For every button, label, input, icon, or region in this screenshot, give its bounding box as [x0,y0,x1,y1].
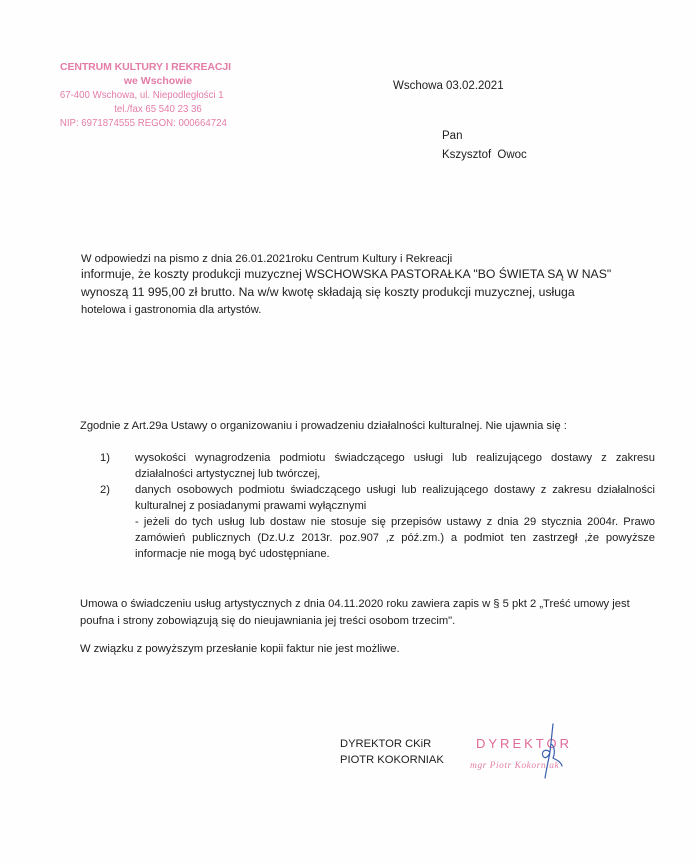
list-item: 1) wysokości wynagrodzenia podmiotu świa… [100,450,655,482]
list-item-text: danych osobowych podmiotu świadczącego u… [135,482,655,498]
place-date: Wschowa 03.02.2021 [393,79,504,93]
intro-line-3: wynoszą 11 995,00 zł brutto. Na w/w kwot… [81,285,575,299]
contract-line-1: Umowa o świadczeniu usług artystycznych … [80,597,630,611]
intro-line-1: W odpowiedzi na pismo z dnia 26.01.2021r… [81,252,452,266]
signatory-title: DYREKTOR CKiR [340,737,431,751]
recipient-title: Pan [442,129,462,143]
conclusion: W związku z powyższym przesłanie kopii f… [80,642,400,656]
institution-stamp: CENTRUM KULTURY I REKREACJI we Wschowie … [58,60,258,130]
list-item-text: - jeżeli do tych usług lub dostaw nie st… [135,514,655,530]
stamp-address: 67-400 Wschowa, ul. Niepodległości 1 [58,88,242,102]
list-item-text: zamówień publicznych (Dz.U.z 2013r. poz.… [135,530,655,546]
intro-line-4: hotelowa i gastronomia dla artystów. [81,303,261,317]
letter-page: CENTRUM KULTURY I REKREACJI we Wschowie … [0,0,697,864]
list-item-text: wysokości wynagrodzenia podmiotu świadcz… [135,450,655,466]
signatory-name: PIOTR KOKORNIAK [340,753,444,767]
list-number: 1) [100,450,110,466]
stamp-institution-name: CENTRUM KULTURY I REKREACJI [58,60,258,74]
nondisclosure-list: 1) wysokości wynagrodzenia podmiotu świa… [100,450,655,562]
recipient-name: Kszysztof Owoc [442,148,527,162]
list-item-text: działalności artystycznej lub twórczej, [135,466,655,482]
list-item-text: informacje nie mogą być udostępniane. [135,546,655,562]
article-intro: Zgodnie z Art.29a Ustawy o organizowaniu… [80,419,567,433]
list-number: 2) [100,482,110,498]
stamp-phone: tel./fax 65 540 23 36 [66,102,250,116]
stamp-city: we Wschowie [58,74,258,88]
list-item-text: kulturalnej z posiadanymi prawami wyłącz… [135,498,655,514]
contract-line-2: poufna i strony zobowiązują się do nieuj… [80,614,455,628]
handwritten-signature-icon [535,722,565,780]
intro-line-2: informuje, że koszty produkcji muzycznej… [81,267,611,281]
list-item: 2) danych osobowych podmiotu świadcząceg… [100,482,655,562]
stamp-tax-ids: NIP: 6971874555 REGON: 000664724 [58,116,242,130]
